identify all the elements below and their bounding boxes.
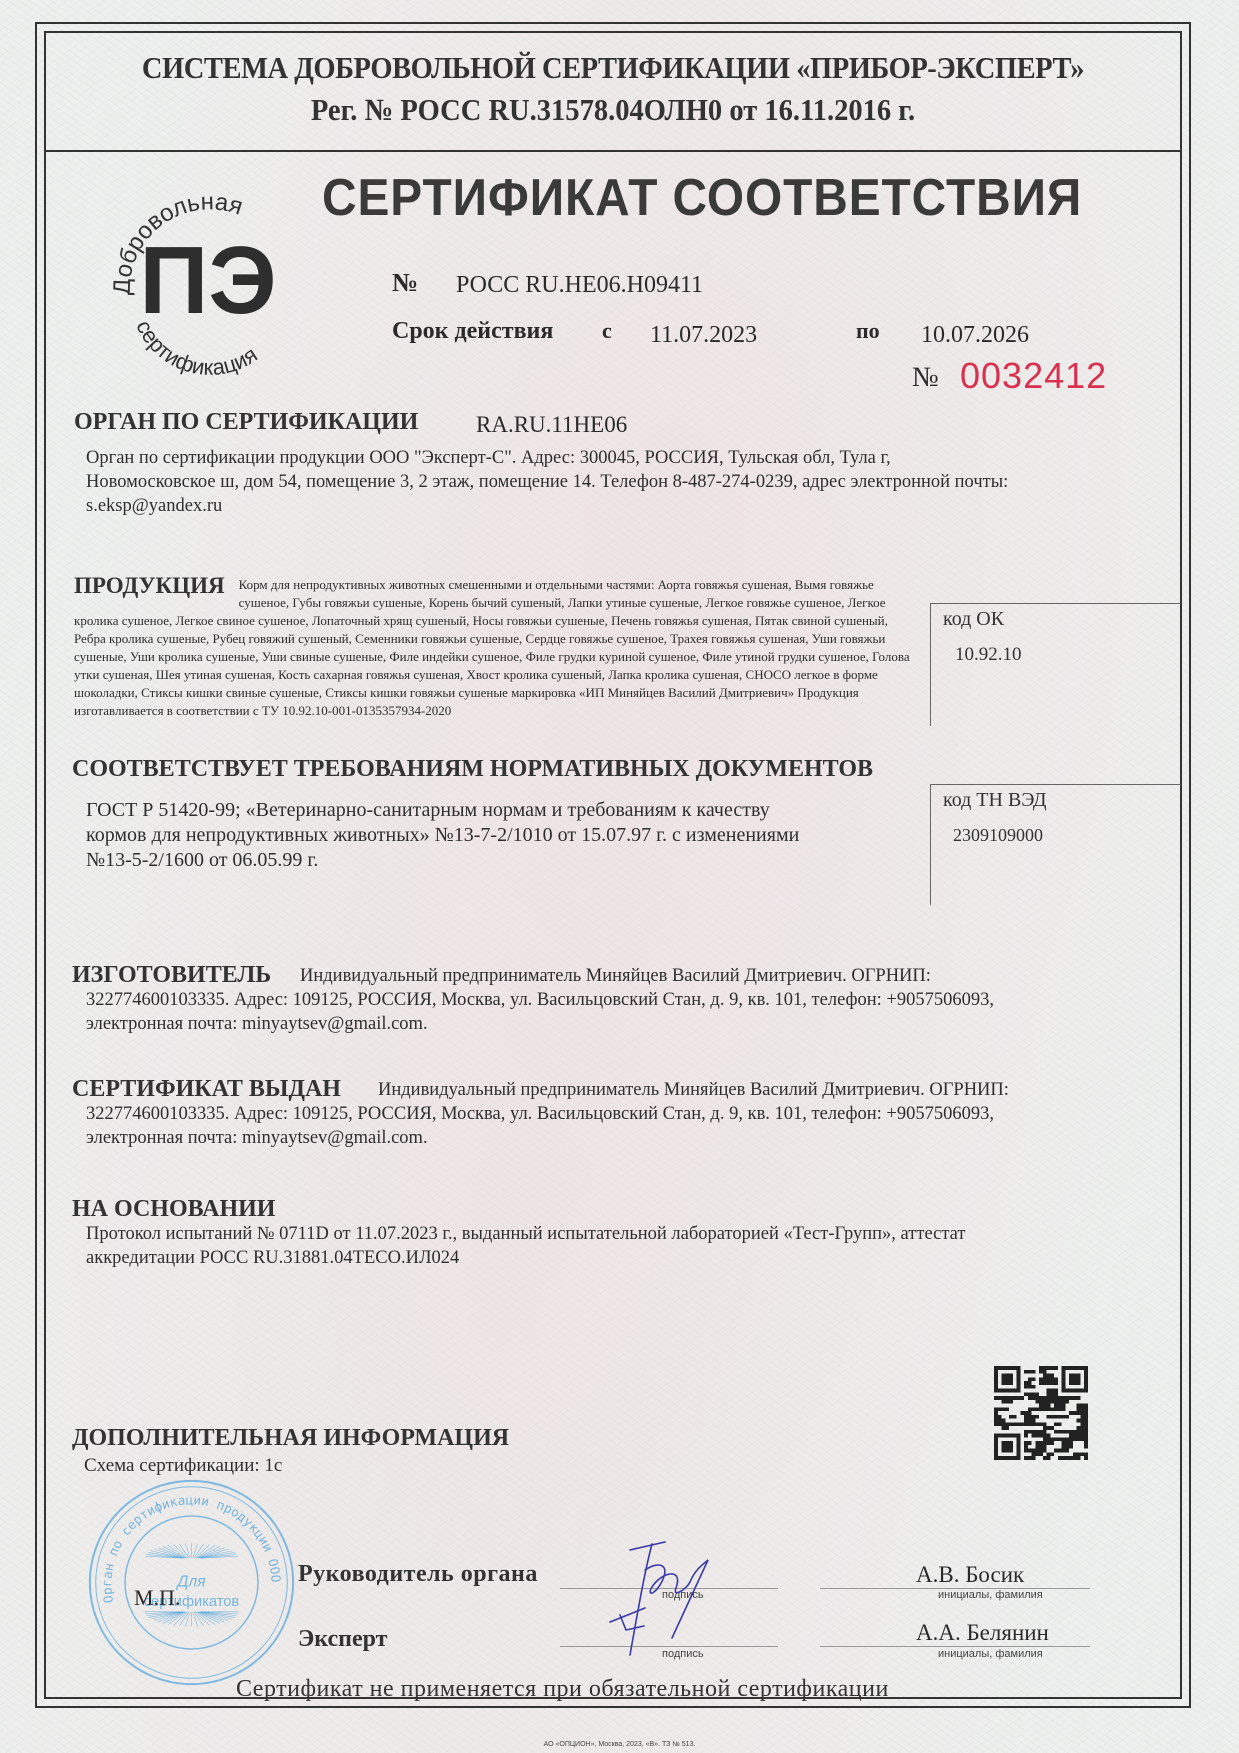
compliance-heading: СООТВЕТСТВУЕТ ТРЕБОВАНИЯМ НОРМАТИВНЫХ ДО… xyxy=(72,756,873,783)
ok-code-label: код ОК xyxy=(943,608,1004,631)
tnved-code-value: 2309109000 xyxy=(953,825,1043,846)
serial-number: 0032412 xyxy=(960,355,1107,397)
manufacturer-line-2: 322774600103335. Адрес: 109125, РОССИЯ, … xyxy=(86,988,994,1012)
products-text: Корм для непродуктивных животных смешенн… xyxy=(74,577,910,718)
stamp-place-label: М.П. xyxy=(134,1585,180,1611)
footer-note: Сертификат не применяется при обязательн… xyxy=(236,1676,889,1703)
official-stamp-icon: Орган по сертификации продукции ООО Для … xyxy=(84,1475,299,1690)
system-title: СИСТЕМА ДОБРОВОЛЬНОЙ СЕРТИФИКАЦИИ «ПРИБО… xyxy=(91,50,1134,86)
header-divider xyxy=(44,150,1182,152)
certification-body-heading: ОРГАН ПО СЕРТИФИКАЦИИ xyxy=(74,409,418,436)
tnved-code-label: код ТН ВЭД xyxy=(943,789,1046,812)
serial-number-label: № xyxy=(912,362,939,394)
ok-code-box: код ОК 10.92.10 xyxy=(930,603,1181,726)
certification-body-email: s.eksp@yandex.ru xyxy=(86,494,222,518)
products-heading: ПРОДУКЦИЯ xyxy=(74,576,225,596)
issued-to-line-1: Индивидуальный предприниматель Миняйцев … xyxy=(378,1078,1009,1102)
issued-to-heading: СЕРТИФИКАТ ВЫДАН xyxy=(72,1076,341,1103)
system-registration: Рег. № РОСС RU.31578.04ОЛН0 от 16.11.201… xyxy=(91,92,1134,128)
manufacturer-heading: ИЗГОТОВИТЕЛЬ xyxy=(72,962,271,989)
certification-body-code: RA.RU.11HE06 xyxy=(476,412,627,438)
certificate-number: РОСС RU.HE06.H09411 xyxy=(456,272,703,299)
logo-letters: ПЭ xyxy=(139,227,276,334)
additional-info-heading: ДОПОЛНИТЕЛЬНАЯ ИНФОРМАЦИЯ xyxy=(72,1425,509,1452)
expert-name-caption: инициалы, фамилия xyxy=(938,1648,1043,1660)
validity-from-date: 11.07.2023 xyxy=(650,322,757,349)
ok-code-value: 10.92.10 xyxy=(955,644,1022,666)
qr-code-icon xyxy=(994,1366,1088,1460)
printer-imprint: АО «ОПЦИОН», Москва, 2023, «В». ТЗ № 513… xyxy=(0,1741,1239,1748)
expert-name-line xyxy=(820,1646,1090,1647)
certificate-number-label: № xyxy=(392,268,418,298)
certification-body-line-2: Новомосковское ш, дом 54, помещение 3, 2… xyxy=(86,470,1008,494)
issued-to-email: электронная почта: minyaytsev@gmail.com. xyxy=(86,1126,428,1150)
tnved-code-box: код ТН ВЭД 2309109000 xyxy=(930,784,1181,905)
expert-label: Эксперт xyxy=(298,1626,387,1653)
basis-heading: НА ОСНОВАНИИ xyxy=(72,1196,275,1223)
compliance-line-1: ГОСТ Р 51420-99; «Ветеринарно-санитарным… xyxy=(86,798,770,823)
voluntary-certification-logo-icon: Добровольная сертификация ПЭ xyxy=(108,185,308,385)
validity-label: Срок действия xyxy=(392,318,553,345)
basis-line-1: Протокол испытаний № 0711D от 11.07.2023… xyxy=(86,1222,965,1246)
issued-to-line-2: 322774600103335. Адрес: 109125, РОССИЯ, … xyxy=(86,1102,994,1126)
basis-line-2: аккредитации РОСС RU.31881.04ТЕСО.ИЛ024 xyxy=(86,1246,459,1270)
handwritten-signature-icon xyxy=(590,1530,740,1660)
head-of-body-label: Руководитель органа xyxy=(298,1561,538,1588)
head-name: А.В. Босик xyxy=(916,1562,1024,1588)
manufacturer-line-1: Индивидуальный предприниматель Миняйцев … xyxy=(300,964,931,988)
head-name-caption: инициалы, фамилия xyxy=(938,1589,1043,1601)
validity-to-label: по xyxy=(856,318,880,344)
validity-to-date: 10.07.2026 xyxy=(921,322,1029,349)
validity-from-label: с xyxy=(602,318,612,344)
certificate-title: СЕРТИФИКАТ СООТВЕТСТВИЯ xyxy=(322,168,1082,228)
expert-name: А.А. Белянин xyxy=(916,1620,1049,1646)
products-block: ПРОДУКЦИЯ Корм для непродуктивных животн… xyxy=(74,576,919,720)
manufacturer-email: электронная почта: minyaytsev@gmail.com. xyxy=(86,1012,428,1036)
certification-body-line-1: Орган по сертификации продукции ООО "Экс… xyxy=(86,446,891,470)
compliance-line-2: кормов для непродуктивных животных» №13-… xyxy=(86,823,799,848)
compliance-line-3: №13-5-2/1600 от 06.05.99 г. xyxy=(86,848,318,873)
